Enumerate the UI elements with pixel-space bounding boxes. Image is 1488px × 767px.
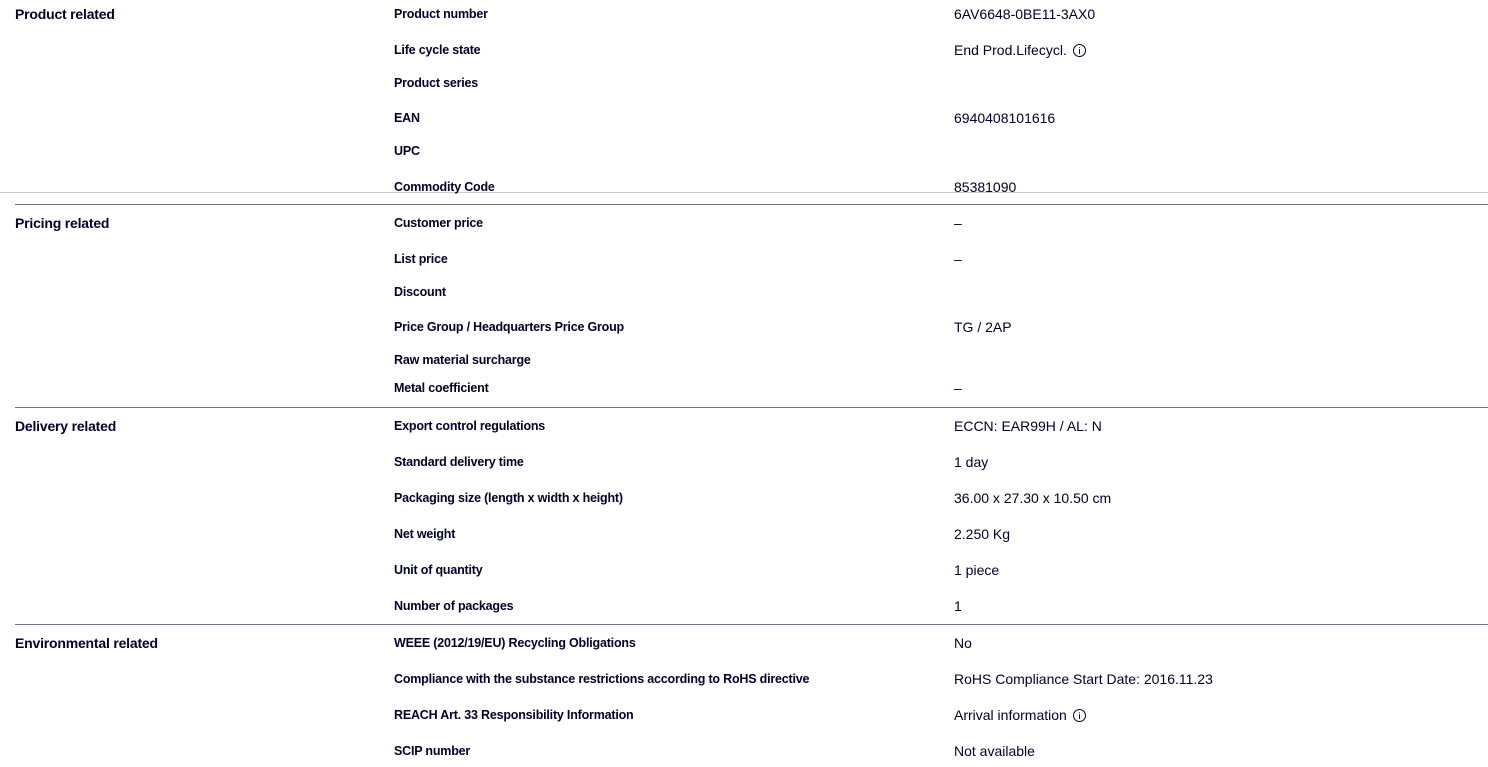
row-unit-of-quantity: Unit of quantity 1 piece (15, 563, 1488, 583)
row-rohs-compliance: Compliance with the substance restrictio… (15, 672, 1488, 692)
value-text: RoHS Compliance Start Date: 2016.11.23 (954, 671, 1213, 687)
row-label: Export control regulations (394, 419, 545, 433)
value-text: ECCN: EAR99H / AL: N (954, 418, 1102, 434)
row-weee: WEEE (2012/19/EU) Recycling Obligations … (15, 636, 1488, 656)
row-metal-coefficient: Metal coefficient – (15, 381, 1488, 401)
value-text: – (954, 215, 962, 231)
row-product-series: Product series (15, 76, 1488, 96)
value-text: End Prod.Lifecycl. (954, 42, 1067, 58)
row-scip-number: SCIP number Not available (15, 744, 1488, 764)
row-value: – (954, 215, 962, 231)
row-price-group: Price Group / Headquarters Price Group T… (15, 320, 1488, 340)
value-text: 6AV6648-0BE11-3AX0 (954, 6, 1095, 22)
row-value: 1 day (954, 454, 988, 470)
value-text: 1 day (954, 454, 988, 470)
row-label: Unit of quantity (394, 563, 482, 577)
row-value: 85381090 (954, 179, 1016, 195)
row-label: UPC (394, 144, 420, 158)
row-ean: EAN 6940408101616 (15, 111, 1488, 131)
row-packaging-size: Packaging size (length x width x height)… (15, 491, 1488, 511)
row-label: SCIP number (394, 744, 470, 758)
row-upc: UPC (15, 144, 1488, 164)
value-text: 1 (954, 598, 962, 614)
row-value: 1 piece (954, 562, 999, 578)
row-value: – (954, 380, 962, 396)
value-text: No (954, 635, 972, 651)
row-value: No (954, 635, 972, 651)
row-raw-material-surcharge: Raw material surcharge (15, 353, 1488, 373)
row-label: Commodity Code (394, 180, 495, 194)
row-value: 6940408101616 (954, 110, 1055, 126)
row-export-control: Export control regulations ECCN: EAR99H … (15, 419, 1488, 439)
row-label: WEEE (2012/19/EU) Recycling Obligations (394, 636, 636, 650)
row-label: Life cycle state (394, 43, 480, 57)
row-label: Product number (394, 7, 488, 21)
row-list-price: List price – (15, 252, 1488, 272)
section-environmental-related: Environmental related WEEE (2012/19/EU) … (15, 624, 1488, 625)
value-text: 6940408101616 (954, 110, 1055, 126)
row-label: Raw material surcharge (394, 353, 531, 367)
row-value: Not available (954, 743, 1035, 759)
row-label: REACH Art. 33 Responsibility Information (394, 708, 633, 722)
info-icon[interactable] (1073, 709, 1086, 722)
row-label: Compliance with the substance restrictio… (394, 672, 809, 686)
value-text: Not available (954, 743, 1035, 759)
row-label: Product series (394, 76, 478, 90)
value-text: 1 piece (954, 562, 999, 578)
row-value: TG / 2AP (954, 319, 1012, 335)
row-label: Discount (394, 285, 446, 299)
row-product-number: Product number 6AV6648-0BE11-3AX0 (15, 7, 1488, 27)
row-value: 1 (954, 598, 962, 614)
row-value: Arrival information (954, 707, 1086, 723)
row-reach-art33: REACH Art. 33 Responsibility Information… (15, 708, 1488, 728)
value-text: – (954, 251, 962, 267)
row-label: Net weight (394, 527, 455, 541)
info-icon[interactable] (1073, 44, 1086, 57)
row-life-cycle-state: Life cycle state End Prod.Lifecycl. (15, 43, 1488, 63)
row-value: End Prod.Lifecycl. (954, 42, 1086, 58)
section-pricing-related: Pricing related Customer price – List pr… (15, 204, 1488, 205)
row-value: 6AV6648-0BE11-3AX0 (954, 6, 1095, 22)
value-text: 85381090 (954, 179, 1016, 195)
row-commodity-code: Commodity Code 85381090 (15, 180, 1488, 200)
row-value: – (954, 251, 962, 267)
row-label: Customer price (394, 216, 483, 230)
row-label: Number of packages (394, 599, 513, 613)
row-value: RoHS Compliance Start Date: 2016.11.23 (954, 671, 1213, 687)
row-value: 36.00 x 27.30 x 10.50 cm (954, 490, 1111, 506)
value-text: 36.00 x 27.30 x 10.50 cm (954, 490, 1111, 506)
row-label: Price Group / Headquarters Price Group (394, 320, 624, 334)
row-label: Packaging size (length x width x height) (394, 491, 623, 505)
value-text: TG / 2AP (954, 319, 1012, 335)
row-label: Metal coefficient (394, 381, 489, 395)
value-text: Arrival information (954, 707, 1067, 723)
value-text: 2.250 Kg (954, 526, 1010, 542)
row-label: EAN (394, 111, 420, 125)
row-number-of-packages: Number of packages 1 (15, 599, 1488, 619)
value-text: – (954, 380, 962, 396)
row-net-weight: Net weight 2.250 Kg (15, 527, 1488, 547)
row-label: Standard delivery time (394, 455, 524, 469)
row-standard-delivery-time: Standard delivery time 1 day (15, 455, 1488, 475)
row-customer-price: Customer price – (15, 216, 1488, 236)
row-value: 2.250 Kg (954, 526, 1010, 542)
row-value: ECCN: EAR99H / AL: N (954, 418, 1102, 434)
row-discount: Discount (15, 285, 1488, 305)
row-label: List price (394, 252, 448, 266)
product-details-page: Product related Product number 6AV6648-0… (0, 0, 1488, 767)
section-delivery-related: Delivery related Export control regulati… (15, 407, 1488, 408)
